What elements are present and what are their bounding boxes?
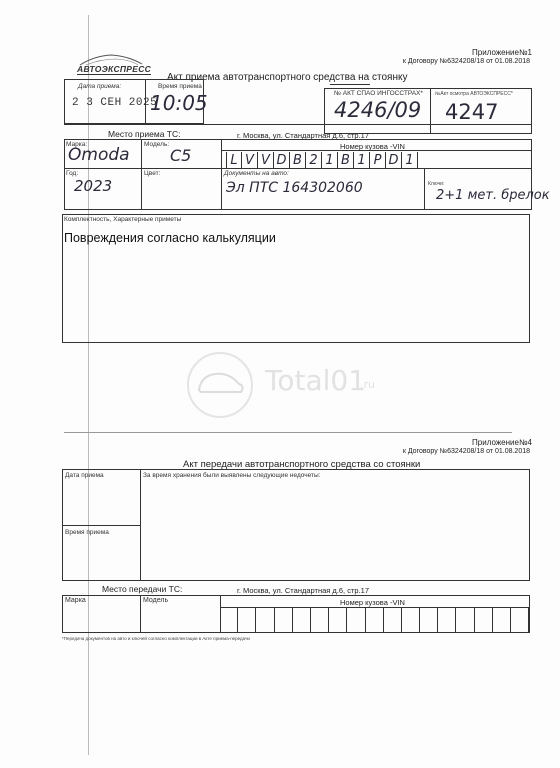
- release-date-label: Дата приема: [65, 472, 104, 479]
- vin-cell: B: [338, 152, 354, 169]
- release-vin-label: Номер кузова -VIN: [340, 598, 405, 607]
- company-logo: АВТОЭКСПРЕСС: [76, 52, 146, 76]
- vin-cell: L: [226, 152, 242, 169]
- vin-cell: 1: [322, 152, 338, 169]
- intake-vin-grid: LVVDB21B1PD1: [226, 152, 418, 169]
- vin-cell: P: [370, 152, 386, 169]
- model-value: C5: [170, 146, 191, 165]
- vin-cell: [329, 607, 347, 633]
- watermark-car-logo-icon: [185, 350, 255, 420]
- vin-char: D: [388, 153, 398, 168]
- vin-cell: [475, 607, 493, 633]
- contract-reference-4: к Договору №6324208/18 от 01.08.2018: [403, 448, 530, 455]
- release-location-value: г. Москва, ул. Стандартная д.6, стр.17: [237, 586, 369, 595]
- vin-cell: [384, 607, 402, 633]
- vin-char: P: [374, 153, 382, 168]
- color-label: Цвет:: [144, 170, 160, 177]
- release-model-label: Модель: [143, 597, 168, 604]
- vin-char: 1: [405, 153, 413, 168]
- vin-cell: D: [274, 152, 290, 169]
- inspection-act-label: №Акт осмотра АВТОЭКСПРЕСС*: [435, 91, 513, 97]
- release-time-label: Время приема: [65, 529, 109, 536]
- appendix-1-label: Приложение№1: [472, 48, 532, 57]
- vin-cell: D: [386, 152, 402, 169]
- equipment-value: Повреждения согласно калькуляции: [64, 231, 276, 245]
- divider: [430, 88, 431, 134]
- watermark-suffix: .ru: [360, 378, 375, 391]
- intake-date-stamp: 2 3 СЕН 2025: [72, 97, 157, 109]
- appendix-4-label: Приложение№4: [472, 438, 532, 447]
- release-vin-grid: [220, 607, 529, 633]
- vin-cell: [420, 607, 438, 633]
- contract-reference-1: к Договору №6324208/18 от 01.08.2018: [403, 58, 530, 65]
- footnote: *Передача документов на авто и ключей со…: [62, 636, 250, 641]
- make-value: Omoda: [68, 145, 130, 165]
- vin-cell: [311, 607, 329, 633]
- insurer-act-label: № АКТ СПАО ИНГОССТРАХ*: [334, 90, 423, 97]
- intake-date-label: Дата приема:: [78, 83, 121, 90]
- vin-cell: B: [290, 152, 306, 169]
- vin-char: D: [276, 153, 286, 168]
- divider: [62, 525, 141, 526]
- vin-cell: V: [242, 152, 258, 169]
- keys-value: 2+1 мет. брелок: [436, 188, 550, 203]
- documents-label: Документы на авто:: [224, 170, 289, 177]
- vin-label: Номер кузова -VIN: [340, 142, 405, 151]
- vin-cell: [511, 607, 529, 633]
- title-underline: [330, 84, 370, 85]
- binder-margin-line: [88, 15, 89, 755]
- divider: [424, 169, 425, 210]
- vin-char: V: [245, 153, 254, 168]
- vin-cell: [256, 607, 274, 633]
- inspection-act-number: 4247: [445, 100, 498, 124]
- vin-char: V: [261, 153, 270, 168]
- vin-cell: 1: [354, 152, 370, 169]
- vin-cell: [493, 607, 511, 633]
- insurer-act-number: 4246/09: [334, 98, 421, 122]
- intake-location-label: Место приема ТС:: [108, 129, 180, 139]
- divider: [64, 124, 532, 125]
- vin-char: L: [230, 153, 237, 168]
- watermark-text: Total01: [265, 364, 366, 397]
- divider: [140, 595, 141, 633]
- divider: [141, 139, 142, 210]
- model-label: Модель:: [144, 141, 169, 148]
- release-make-label: Марка: [65, 597, 86, 604]
- vin-cell: [456, 607, 474, 633]
- vin-cell: V: [258, 152, 274, 169]
- equipment-label: Комплектность, Характерные приметы: [64, 216, 181, 223]
- defects-label: За время хранения были выявлены следующи…: [143, 472, 321, 479]
- release-location-label: Место передачи ТС:: [102, 584, 182, 594]
- vin-cell: [238, 607, 256, 633]
- intake-time-label: Время приема: [158, 83, 202, 90]
- keys-label: Ключи:: [428, 181, 444, 187]
- cut-line: [64, 432, 512, 433]
- vin-char: 2: [309, 153, 317, 168]
- logo-text: АВТОЭКСПРЕСС: [77, 64, 151, 75]
- documents-value: Эл ПТС 164302060: [226, 180, 363, 196]
- year-value: 2023: [74, 177, 112, 195]
- vin-cell: 1: [402, 152, 418, 169]
- vin-cell: [366, 607, 384, 633]
- vin-char: B: [341, 153, 350, 168]
- vin-cell: 2: [306, 152, 322, 169]
- vin-cell: [293, 607, 311, 633]
- vin-char: 1: [325, 153, 333, 168]
- year-label: Год:: [66, 170, 78, 177]
- vin-char: 1: [357, 153, 365, 168]
- watermark: Total01 .ru: [185, 350, 385, 420]
- vin-cell: [402, 607, 420, 633]
- vin-char: B: [293, 153, 302, 168]
- vin-cell: [438, 607, 456, 633]
- intake-time-value: 10:05: [150, 91, 208, 115]
- vin-cell: [275, 607, 293, 633]
- vin-cell: [347, 607, 365, 633]
- vin-cell: [220, 607, 238, 633]
